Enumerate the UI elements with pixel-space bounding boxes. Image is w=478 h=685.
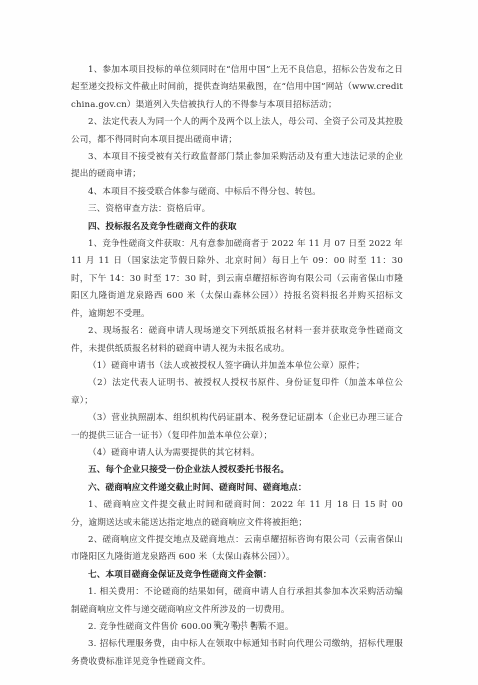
paragraph-qualification-3: 3、本项目不接受被有关行政监督部门禁止参加采购活动及有重大违法记录的企业提出的磋… xyxy=(71,149,403,184)
section-5-heading: 五、每个企业只接受一份企业法人授权委托书报名。 xyxy=(71,462,403,479)
section-7-heading: 七、本项目磋商金保证及竞争性磋商文件金额： xyxy=(71,567,403,584)
paragraph-qualification-4: 4、本项目不接受联合体参与磋商、中标后不得分包、转包。 xyxy=(71,184,403,201)
list-item-material-4: （4）磋商申请人认为需要提供的其它材料。 xyxy=(71,445,403,462)
list-item-material-3: （3）营业执照副本、组织机构代码证副本、税务登记证副本（企业已办理三证合一的提供… xyxy=(71,410,403,445)
paragraph-agency-fee: 3. 招标代理服务费，由中标人在领取中标通知书时向代理公司缴纳，招标代理服务费收… xyxy=(71,636,403,671)
document-page: 1、参加本项目投标的单位须同时在“信用中国”上无不良信息，招标公告发布之日起至递… xyxy=(0,0,478,685)
paragraph-qualification-2: 2、法定代表人为同一个人的两个及两个以上法人，母公司、全资子公司及其控股公司，都… xyxy=(71,114,403,149)
document-body: 1、参加本项目投标的单位须同时在“信用中国”上无不良信息，招标公告发布之日起至递… xyxy=(71,62,403,671)
list-item-material-2: （2）法定代表人证明书、被授权人授权书原件、身份证复印件（加盖本单位公章）； xyxy=(71,375,403,410)
section-4-heading: 四、投标报名及竞争性磋商文件的获取 xyxy=(71,219,403,236)
paragraph-related-fees: 1. 相关费用：不论磋商的结果如何，磋商申请人自行承担其参加本次采购活动编制磋商… xyxy=(71,584,403,619)
paragraph-submission-location: 2、磋商响应文件提交地点及磋商地点：云南卓耀招标咨询有限公司（云南省保山市隆阳区… xyxy=(71,532,403,567)
list-item-material-1: （1）磋商申请书（法人或被授权人签字确认并加盖本单位公章）原件； xyxy=(71,358,403,375)
page-number-footer: 第 2 页 共 3 页 xyxy=(0,619,478,630)
paragraph-document-acquisition: 1、竞争性磋商文件获取：凡有意参加磋商者于 2022 年 11 月 07 日至 … xyxy=(71,236,403,323)
paragraph-onsite-registration: 2、现场报名：磋商申请人现场递交下列纸质报名材料一套并获取竞争性磋商文件，未提供… xyxy=(71,323,403,358)
paragraph-qualification-1: 1、参加本项目投标的单位须同时在“信用中国”上无不良信息，招标公告发布之日起至递… xyxy=(71,62,403,114)
section-6-heading: 六、磋商响应文件递交截止时间、磋商时间、磋商地点： xyxy=(71,480,403,497)
section-3-review-method: 三、资格审查方法：资格后审。 xyxy=(71,201,403,218)
paragraph-submission-deadline: 1、磋商响应文件提交截止时间和磋商时间：2022 年 11 月 18 日 15 … xyxy=(71,497,403,532)
